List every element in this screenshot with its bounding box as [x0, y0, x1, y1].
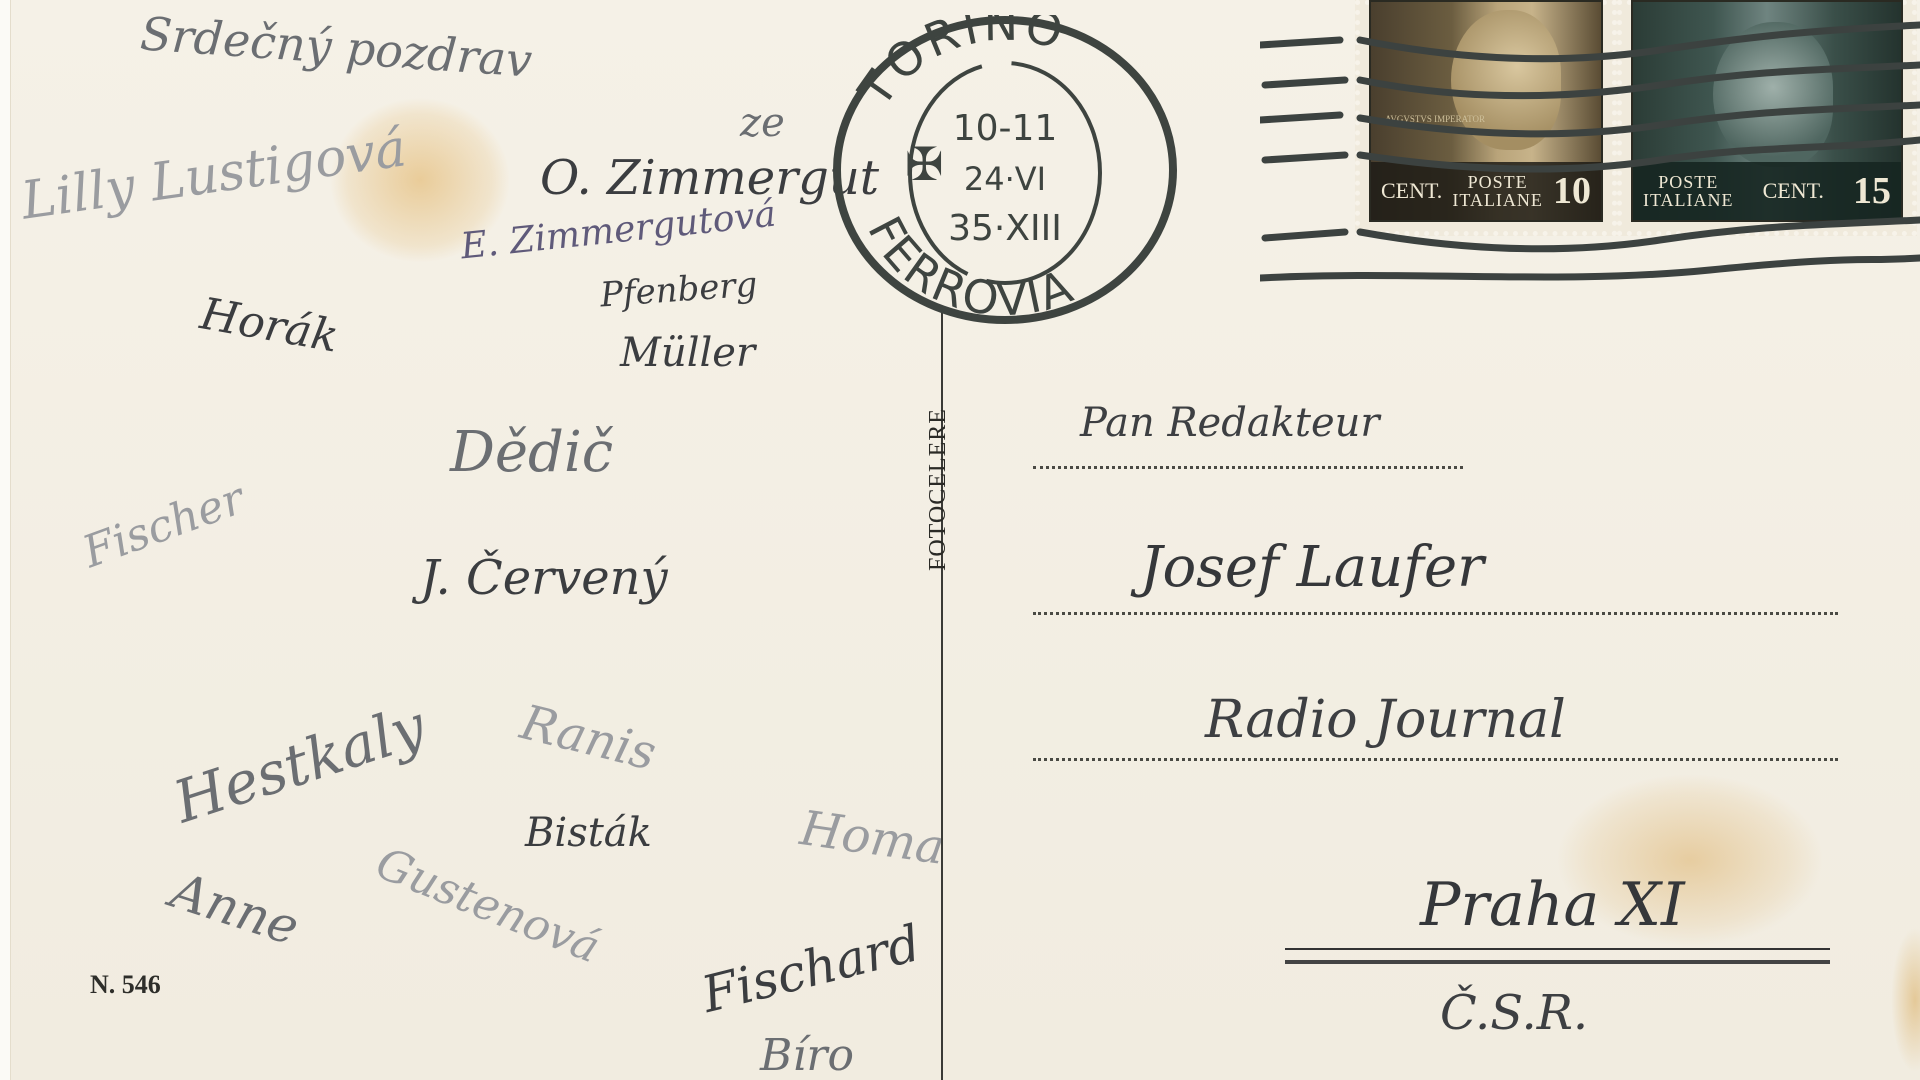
address-organization: Radio Journal	[1205, 690, 1566, 750]
signature: Bisták	[525, 810, 652, 856]
stamp-10-cent: AVGVSTVS IMPERATOR CENT. POSTEITALIANE 1…	[1355, 0, 1617, 236]
address-country: Č.S.R.	[1440, 985, 1588, 1041]
stamp-country: POSTEITALIANE	[1452, 173, 1543, 209]
address-salutation: Pan Redakteur	[1080, 400, 1380, 446]
publisher-imprint: FOTOCELERE	[925, 375, 957, 605]
address-city: Praha XI	[1420, 870, 1685, 940]
signature: Dědič	[450, 420, 613, 485]
stamp-image: POSTEITALIANE CENT. 15	[1631, 0, 1903, 222]
scan-edge	[0, 0, 11, 1080]
postmark-time: 10-11	[953, 108, 1058, 149]
address-line-1	[1033, 466, 1463, 469]
stamp-15-cent: POSTEITALIANE CENT. 15	[1617, 0, 1917, 236]
address-line-2	[1033, 612, 1838, 615]
augustus-portrait-icon	[1451, 10, 1561, 150]
stamp-label: POSTEITALIANE CENT. 15	[1633, 162, 1901, 220]
address-name: Josef Laufer	[1140, 535, 1484, 600]
stamp-caption: AVGVSTVS IMPERATOR	[1385, 114, 1485, 124]
signature: O. Zimmergut	[540, 150, 879, 206]
italia-turrita-portrait-icon	[1713, 22, 1833, 167]
stamp-country: POSTEITALIANE	[1643, 173, 1734, 209]
postmark-date: 24·VI	[964, 160, 1046, 198]
address-underline	[1285, 948, 1830, 964]
stamp-image: AVGVSTVS IMPERATOR CENT. POSTEITALIANE 1…	[1369, 0, 1603, 222]
signature: J. Červený	[420, 550, 668, 606]
greeting-suffix: ze	[740, 100, 785, 146]
stamp-value: 10	[1553, 169, 1591, 213]
svg-text:✠: ✠	[905, 137, 944, 191]
stamp-unit: CENT.	[1381, 178, 1442, 204]
signature: Bíro	[760, 1030, 854, 1080]
signature: Müller	[620, 330, 755, 376]
stamp-unit: CENT.	[1763, 178, 1824, 204]
postmark-year: 35·XIII	[948, 208, 1062, 249]
card-number: N. 546	[90, 970, 161, 1000]
stamp-value: 15	[1853, 169, 1891, 213]
stamp-label: CENT. POSTEITALIANE 10	[1371, 162, 1601, 220]
address-line-3	[1033, 758, 1838, 761]
postmark: ✠ TORINO FERROVIA 10-11 24·VI 35·XIII	[830, 15, 1180, 325]
